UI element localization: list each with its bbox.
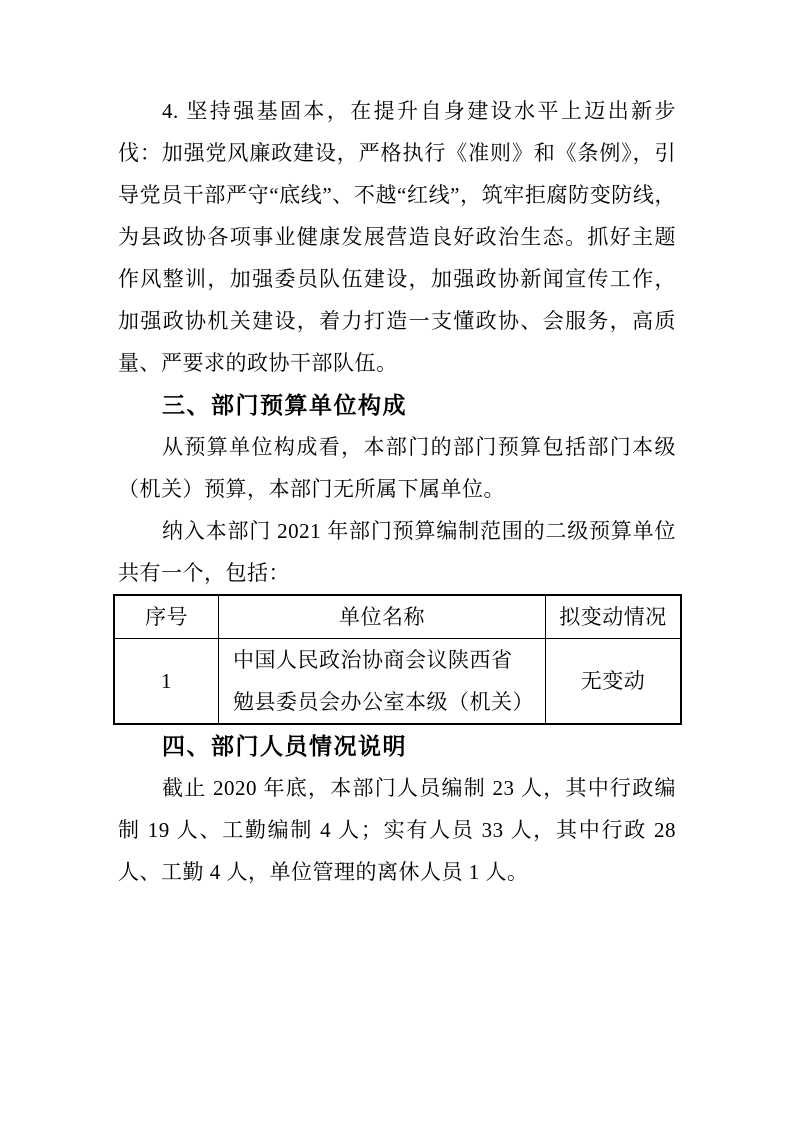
section-3-paragraph-2: 纳入本部门 2021 年部门预算编制范围的二级预算单位共有一个，包括： (118, 510, 676, 594)
paragraph-item-4: 4. 坚持强基固本，在提升自身建设水平上迈出新步伐：加强党风廉政建设，严格执行《… (118, 90, 676, 384)
section-3-paragraph-1: 从预算单位构成看，本部门的部门预算包括部门本级（机关）预算，本部门无所属下属单位… (118, 426, 676, 510)
budget-units-table: 序号 单位名称 拟变动情况 1 中国人民政治协商会议陕西省勉县委员会办公室本级（… (113, 594, 682, 725)
table-cell-unit-name: 中国人民政治协商会议陕西省勉县委员会办公室本级（机关） (219, 639, 546, 725)
table-row: 1 中国人民政治协商会议陕西省勉县委员会办公室本级（机关） 无变动 (114, 639, 681, 725)
section-4-paragraph-1: 截止 2020 年底，本部门人员编制 23 人，其中行政编制 19 人、工勤编制… (118, 767, 676, 893)
document-content: 4. 坚持强基固本，在提升自身建设水平上迈出新步伐：加强党风廉政建设，严格执行《… (118, 90, 676, 893)
section-3-heading: 三、部门预算单位构成 (118, 384, 676, 426)
table-cell-change-status: 无变动 (546, 639, 682, 725)
section-4-heading: 四、部门人员情况说明 (118, 725, 676, 767)
table-header-unit-name: 单位名称 (219, 595, 546, 639)
document-page: 4. 坚持强基固本，在提升自身建设水平上迈出新步伐：加强党风廉政建设，严格执行《… (0, 0, 793, 1122)
table-header-index: 序号 (114, 595, 219, 639)
table-cell-index: 1 (114, 639, 219, 725)
table-header-change-status: 拟变动情况 (546, 595, 682, 639)
table-header-row: 序号 单位名称 拟变动情况 (114, 595, 681, 639)
